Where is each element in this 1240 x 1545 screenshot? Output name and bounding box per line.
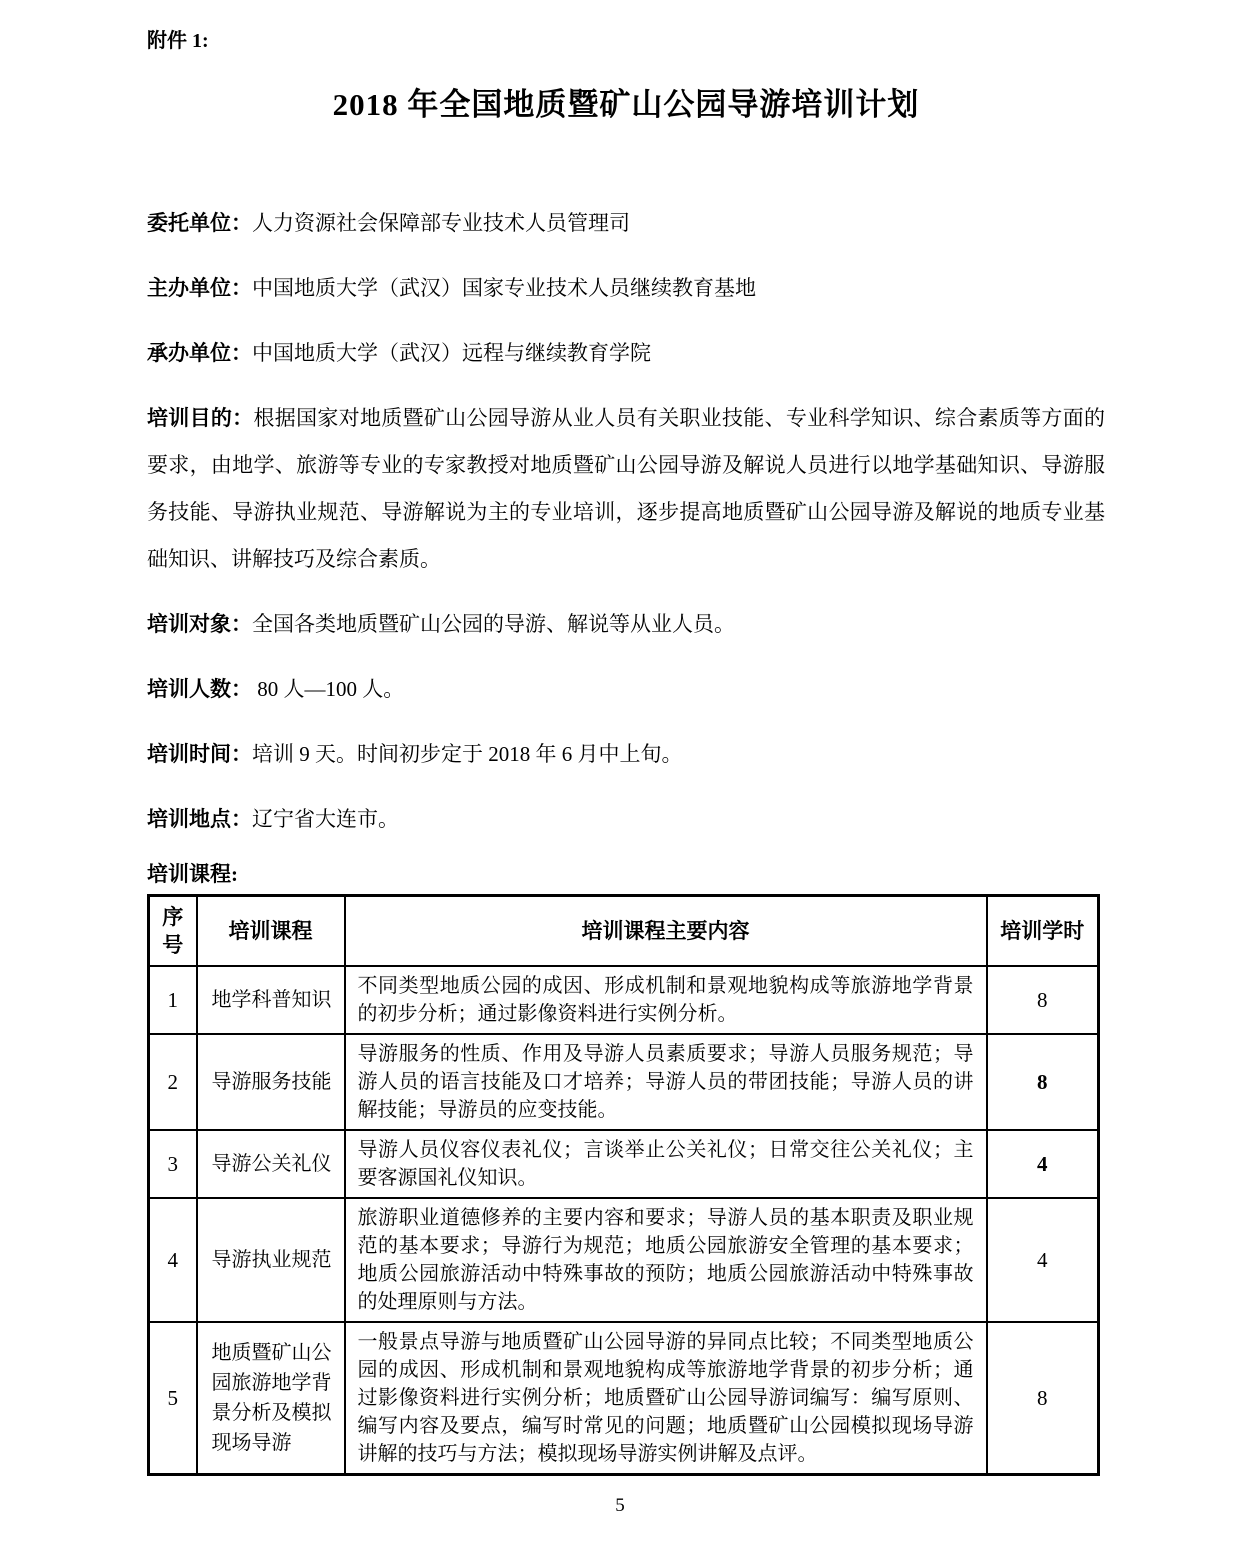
- header-content: 培训课程主要内容: [345, 896, 987, 967]
- course-row-4-content: 旅游职业道德修养的主要内容和要求；导游人员的基本职责及职业规范的基本要求；导游行…: [345, 1198, 987, 1322]
- course-table-body: 1 地学科普知识 不同类型地质公园的成因、形成机制和景观地貌构成等旅游地学背景的…: [149, 966, 1099, 1475]
- course-section-label: 培训课程:: [147, 861, 1105, 887]
- field-training-headcount: 培训人数： 80 人—100 人。: [147, 666, 1105, 713]
- field-training-time-value: 培训 9 天。时间初步定于 2018 年 6 月中上旬。: [252, 742, 683, 766]
- field-training-headcount-label: 培训人数：: [147, 677, 252, 701]
- field-training-time-label: 培训时间：: [147, 742, 252, 766]
- field-host-unit-value: 中国地质大学（武汉）国家专业技术人员继续教育基地: [252, 276, 756, 300]
- course-row-2-hours: 8: [987, 1034, 1099, 1130]
- course-row-2: 2 导游服务技能 导游服务的性质、作用及导游人员素质要求；导游人员服务规范；导游…: [149, 1034, 1099, 1130]
- course-row-5-content: 一般景点导游与地质暨矿山公园导游的异同点比较；不同类型地质公园的成因、形成机制和…: [345, 1322, 987, 1475]
- field-training-location: 培训地点：辽宁省大连市。: [147, 796, 1105, 843]
- attachment-label: 附件 1:: [147, 28, 1105, 54]
- header-no-text: 序号: [162, 903, 184, 959]
- course-row-3-content: 导游人员仪容仪表礼仪；言谈举止公关礼仪；日常交往公关礼仪；主要客源国礼仪知识。: [345, 1130, 987, 1198]
- course-row-5: 5 地质暨矿山公园旅游地学背景分析及模拟现场导游 一般景点导游与地质暨矿山公园导…: [149, 1322, 1099, 1475]
- course-row-1-hours: 8: [987, 966, 1099, 1034]
- course-row-1: 1 地学科普知识 不同类型地质公园的成因、形成机制和景观地貌构成等旅游地学背景的…: [149, 966, 1099, 1034]
- field-training-location-label: 培训地点：: [147, 807, 252, 831]
- document-page: 附件 1: 2018 年全国地质暨矿山公园导游培训计划 委托单位：人力资源社会保…: [0, 0, 1240, 1545]
- header-hours: 培训学时: [987, 896, 1099, 967]
- field-host-unit-label: 主办单位：: [147, 276, 252, 300]
- course-row-3-course: 导游公关礼仪: [197, 1130, 345, 1198]
- field-organizer-unit: 承办单位：中国地质大学（武汉）远程与继续教育学院: [147, 330, 1105, 377]
- course-row-1-course: 地学科普知识: [197, 966, 345, 1034]
- document-title: 2018 年全国地质暨矿山公园导游培训计划: [147, 86, 1105, 124]
- course-table: 序号 培训课程 培训课程主要内容 培训学时 1 地学科普知识 不同类型地质公园的…: [147, 894, 1100, 1476]
- course-row-2-course: 导游服务技能: [197, 1034, 345, 1130]
- course-row-1-content: 不同类型地质公园的成因、形成机制和景观地貌构成等旅游地学背景的初步分析；通过影像…: [345, 966, 987, 1034]
- field-host-unit: 主办单位：中国地质大学（武汉）国家专业技术人员继续教育基地: [147, 265, 1105, 312]
- field-organizer-unit-value: 中国地质大学（武汉）远程与继续教育学院: [252, 341, 651, 365]
- field-training-target-label: 培训对象：: [147, 612, 252, 636]
- course-row-5-course: 地质暨矿山公园旅游地学背景分析及模拟现场导游: [197, 1322, 345, 1475]
- field-training-purpose: 培训目的：根据国家对地质暨矿山公园导游从业人员有关职业技能、专业科学知识、综合素…: [147, 395, 1105, 583]
- course-row-3-no: 3: [149, 1130, 197, 1198]
- header-no: 序号: [149, 896, 197, 967]
- field-entrusting-unit-label: 委托单位：: [147, 211, 252, 235]
- field-entrusting-unit: 委托单位：人力资源社会保障部专业技术人员管理司: [147, 200, 1105, 247]
- page-number: 5: [0, 1495, 1240, 1517]
- field-organizer-unit-label: 承办单位：: [147, 341, 252, 365]
- course-row-4-no: 4: [149, 1198, 197, 1322]
- field-training-headcount-value: 80 人—100 人。: [252, 677, 404, 701]
- field-training-purpose-label: 培训目的：: [147, 406, 253, 430]
- course-row-4-hours: 4: [987, 1198, 1099, 1322]
- field-list: 委托单位：人力资源社会保障部专业技术人员管理司 主办单位：中国地质大学（武汉）国…: [147, 200, 1105, 843]
- header-course: 培训课程: [197, 896, 345, 967]
- field-training-purpose-value: 根据国家对地质暨矿山公园导游从业人员有关职业技能、专业科学知识、综合素质等方面的…: [147, 406, 1105, 571]
- course-row-3: 3 导游公关礼仪 导游人员仪容仪表礼仪；言谈举止公关礼仪；日常交往公关礼仪；主要…: [149, 1130, 1099, 1198]
- course-row-4-course: 导游执业规范: [197, 1198, 345, 1322]
- course-row-4: 4 导游执业规范 旅游职业道德修养的主要内容和要求；导游人员的基本职责及职业规范…: [149, 1198, 1099, 1322]
- course-row-1-no: 1: [149, 966, 197, 1034]
- course-row-2-content: 导游服务的性质、作用及导游人员素质要求；导游人员服务规范；导游人员的语言技能及口…: [345, 1034, 987, 1130]
- field-training-time: 培训时间：培训 9 天。时间初步定于 2018 年 6 月中上旬。: [147, 731, 1105, 778]
- course-row-5-hours: 8: [987, 1322, 1099, 1475]
- course-table-header: 序号 培训课程 培训课程主要内容 培训学时: [149, 896, 1099, 967]
- field-training-target: 培训对象：全国各类地质暨矿山公园的导游、解说等从业人员。: [147, 601, 1105, 648]
- course-row-2-no: 2: [149, 1034, 197, 1130]
- field-training-location-value: 辽宁省大连市。: [252, 807, 399, 831]
- course-row-3-hours: 4: [987, 1130, 1099, 1198]
- course-table-header-row: 序号 培训课程 培训课程主要内容 培训学时: [149, 896, 1099, 967]
- course-row-5-no: 5: [149, 1322, 197, 1475]
- field-entrusting-unit-value: 人力资源社会保障部专业技术人员管理司: [252, 211, 630, 235]
- field-training-target-value: 全国各类地质暨矿山公园的导游、解说等从业人员。: [252, 612, 735, 636]
